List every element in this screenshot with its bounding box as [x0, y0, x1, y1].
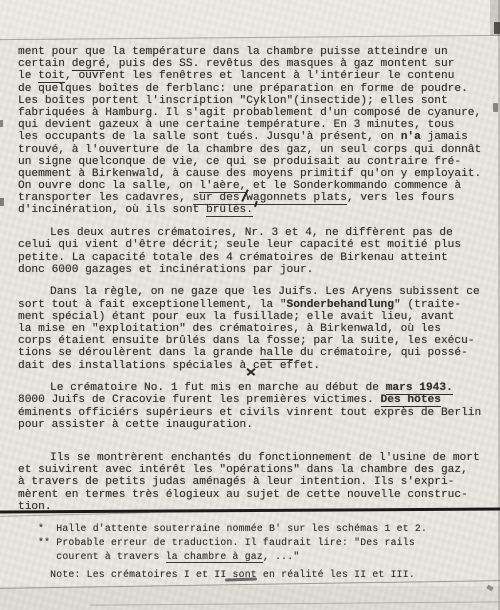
underlined-text: brûlés. [206, 204, 253, 217]
text-segment: Les deux autres crématoires, Nr. 3 et 4,… [50, 227, 453, 239]
text-segment: petite. La capacité totale des 4 crémato… [18, 252, 448, 264]
edge-smudge [0, 120, 3, 127]
paragraph: Le crématoire No. 1 fut mis en marche au… [18, 382, 492, 431]
text-segment: Ils se montrèrent enchantés du fonctionn… [50, 452, 480, 464]
text-segment: Le crématoire No. 1 fut mis en marche au… [50, 382, 386, 394]
text-segment: la mise en "exploitation" des crématoire… [18, 323, 441, 335]
text-line: Les deux autres crématoires, Nr. 3 et 4,… [18, 227, 492, 239]
text-segment: , ouvrent les fenêtres et lancent à l'in… [65, 70, 454, 82]
text-segment: mèrent en termes très élogieux au sujet … [18, 489, 468, 501]
text-line: Dans la règle, on ne gaze que les Juifs.… [18, 286, 492, 298]
text-segment: éminents officiérs supérieurs et civils … [18, 407, 481, 419]
text-line: et suivirent avec intérêt les "opération… [18, 464, 492, 476]
text-line: le toit, ouvrent les fenêtres et lancent… [18, 70, 492, 82]
text-segment: un signe quelconque de vie, ce qui se pr… [18, 156, 461, 168]
text-line: à travers de petits judas aménagés à leu… [18, 476, 492, 488]
scanned-typewritten-page: { "colors": { "paper": "#e9e7e1", "ink":… [0, 0, 500, 610]
text-line: celui qui vient d'être décrit; seule leu… [18, 239, 492, 251]
text-segment: Les boîtes portent l'inscription "Cyklon… [18, 95, 448, 107]
text-line: certain degré, puis des SS. revêtus des … [18, 58, 492, 70]
text-segment: pour assister à cette inauguration. [18, 419, 253, 431]
underlined-text: wagonnets plats [246, 192, 347, 205]
underlined-text: halle [260, 347, 294, 360]
text-segment: tions se déroulèrent dans la grande [18, 347, 260, 359]
text-segment: courent à travers [38, 551, 166, 562]
text-line: les occupants de la salle sont tués. Jus… [18, 131, 492, 143]
footnote-line: ** Probable erreur de traduction. Il fau… [38, 536, 500, 550]
text-segment: jamais [421, 131, 468, 143]
text-line: trouvé, à l'ouverture de la chambre des … [18, 144, 492, 156]
paragraph: Les deux autres crématoires, Nr. 3 et 4,… [18, 227, 492, 276]
text-segment: " (traite- [394, 299, 461, 311]
paragraph: Dans la règle, on ne gaze que les Juifs.… [18, 286, 492, 371]
text-segment: ** Probable erreur de traduction. Il fau… [38, 537, 415, 548]
text-segment: le [18, 70, 38, 82]
text-line: 8000 Juifs de Cracovie furent les premiè… [18, 394, 492, 406]
text-segment: certain [18, 58, 72, 70]
text-segment: donc 6000 gazages et incinérations par j… [18, 264, 313, 276]
edge-smudge [0, 198, 4, 206]
text-segment: * Halle d'attente souterraine nommée B' … [38, 523, 427, 534]
text-line: qui devient gazeux à une certaine tempér… [18, 119, 492, 131]
text-line: corps étaient ensuite brûlés dans la fos… [18, 335, 492, 347]
text-segment: d'incinération, où ils sont [18, 204, 206, 216]
text-line: quemment à Birkenwald, à cause des moyen… [18, 168, 492, 180]
text-segment: qui devient gazeux à une certaine tempér… [18, 119, 454, 131]
text-segment: ment spécial) étant pour eux la fusillad… [18, 311, 454, 323]
text-segment: 8000 Juifs de Cracovie furent les premiè… [18, 394, 381, 406]
footnote-line: courent à travers la chambre à gaz, ..." [38, 550, 500, 564]
text-segment: quemment à Birkenwald, à cause des moyen… [18, 168, 481, 180]
text-segment: , puis des SS. revêtus des masques à gaz… [105, 58, 454, 70]
text-segment: et suivirent avec intérêt les "opération… [18, 464, 468, 476]
text-line: tions se déroulèrent dans la grande hall… [18, 347, 492, 359]
text-segment: , ..." [263, 551, 299, 562]
note-line: Note: Les crématoires I et II sont en ré… [38, 568, 500, 582]
text-segment: sort tout à fait exceptionellement, la " [18, 299, 287, 311]
footnote-line: * Halle d'attente souterraine nommée B' … [38, 522, 500, 536]
text-line: Ils se montrèrent enchantés du fonctionn… [18, 452, 492, 464]
text-line: la mise en "exploitation" des crématoire… [18, 323, 492, 335]
text-segment: les occupants de la salle sont tués. Jus… [18, 131, 401, 143]
text-line: un signe quelconque de vie, ce qui se pr… [18, 156, 492, 168]
text-line: Les boîtes portent l'inscription "Cyklon… [18, 95, 492, 107]
text-segment: cet effet. [253, 360, 320, 372]
text-line: Le crématoire No. 1 fut mis en marche au… [18, 382, 492, 394]
paragraph: Ils se montrèrent enchantés du fonctionn… [18, 452, 492, 513]
text-segment: du crématoire, qui possé- [293, 347, 468, 359]
text-segment: de quelques boîtes de ferblanc: une prép… [18, 83, 468, 95]
underlined-text: la chambre à gaz [166, 551, 263, 563]
text-segment: celui qui vient d'être décrit; seule leu… [18, 239, 461, 251]
text-segment: n'a [401, 131, 421, 143]
bottom-shade [0, 586, 500, 610]
text-segment: On ouvre donc la salle, on [18, 180, 199, 192]
text-line: petite. La capacité totale des 4 crémato… [18, 252, 492, 264]
text-line: de quelques boîtes de ferblanc: une prép… [18, 83, 492, 95]
text-segment: Sonderbehandlung [287, 299, 394, 311]
text-segment: dait des installations spéciales à [18, 360, 253, 372]
text-segment: ment pour que la température dans la cha… [18, 46, 448, 58]
text-line: d'incinération, où ils sont brûlés. [18, 204, 492, 216]
text-body: ment pour que la température dans la cha… [18, 46, 492, 523]
text-line: mèrent en termes très élogieux au sujet … [18, 489, 492, 501]
text-segment: trouvé, à l'ouverture de la chambre des … [18, 144, 481, 156]
text-segment: Dans la règle, on ne gaze que les Juifs.… [50, 286, 480, 298]
text-segment: fabriquées à Hamburg. Il s'agit probable… [18, 107, 481, 119]
text-line: donc 6000 gazages et incinérations par j… [18, 264, 492, 276]
underlined-text: toit [38, 70, 65, 83]
underlined-text: Des hôtes [381, 394, 441, 407]
footnotes: * Halle d'attente souterraine nommée B' … [18, 522, 500, 582]
text-segment: et le Sonderkommando commence à [246, 180, 461, 192]
text-segment: corps étaient ensuite brûlés dans la fos… [18, 335, 475, 347]
text-line: ment pour que la température dans la cha… [18, 46, 492, 58]
text-line: pour assister à cette inauguration. [18, 419, 492, 431]
text-line: fabriquées à Hamburg. Il s'agit probable… [18, 107, 492, 119]
text-line: dait des installations spéciales à cet e… [18, 360, 492, 372]
text-line: éminents officiérs supérieurs et civils … [18, 407, 492, 419]
text-segment: transporter les cadavres, [18, 192, 193, 204]
photocopy-top-margin [0, 0, 500, 37]
text-segment: , vers les fours [347, 192, 454, 204]
text-line: sort tout à fait exceptionellement, la "… [18, 299, 492, 311]
text-line: ment spécial) étant pour eux la fusillad… [18, 311, 492, 323]
text-segment: à travers de petits judas aménagés à leu… [18, 476, 454, 488]
text-line: On ouvre donc la salle, on l'aère, et le… [18, 180, 492, 192]
paragraph: ment pour que la température dans la cha… [18, 46, 492, 217]
